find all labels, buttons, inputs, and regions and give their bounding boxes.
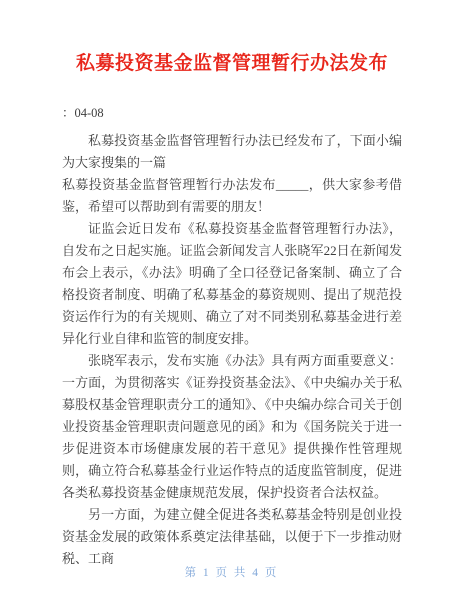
document-page: 私募投资基金监督管理暂行办法发布 ：04-08 私募投资基金监督管理暂行办法已经…: [0, 0, 463, 600]
publish-date: ：04-08: [62, 105, 402, 121]
paragraph: 证监会近日发布《私募投资基金监督管理暂行办法》，自发布之日起实施。证监会新闻发言…: [62, 218, 402, 350]
paragraph: 另一方面，为建立健全促进各类私募基金特别是创业投资基金发展的政策体系奠定法律基础…: [62, 504, 402, 570]
paragraph: 张晓军表示，发布实施《办法》具有两方面重要意义：一方面，为贯彻落实《证券投资基金…: [62, 350, 402, 504]
paragraph: 私募投资基金监督管理暂行办法已经发布了，下面小编为大家搜集的一篇: [62, 130, 402, 174]
body-paragraphs: 私募投资基金监督管理暂行办法已经发布了，下面小编为大家搜集的一篇私募投资基金监督…: [62, 130, 402, 570]
page-number-footer: 第 1 页 共 4 页: [0, 564, 463, 580]
page-title: 私募投资基金监督管理暂行办法发布: [62, 52, 402, 76]
paragraph: 私募投资基金监督管理暂行办法发布_____，供大家参考借鉴，希望可以帮助到有需要…: [62, 174, 402, 218]
